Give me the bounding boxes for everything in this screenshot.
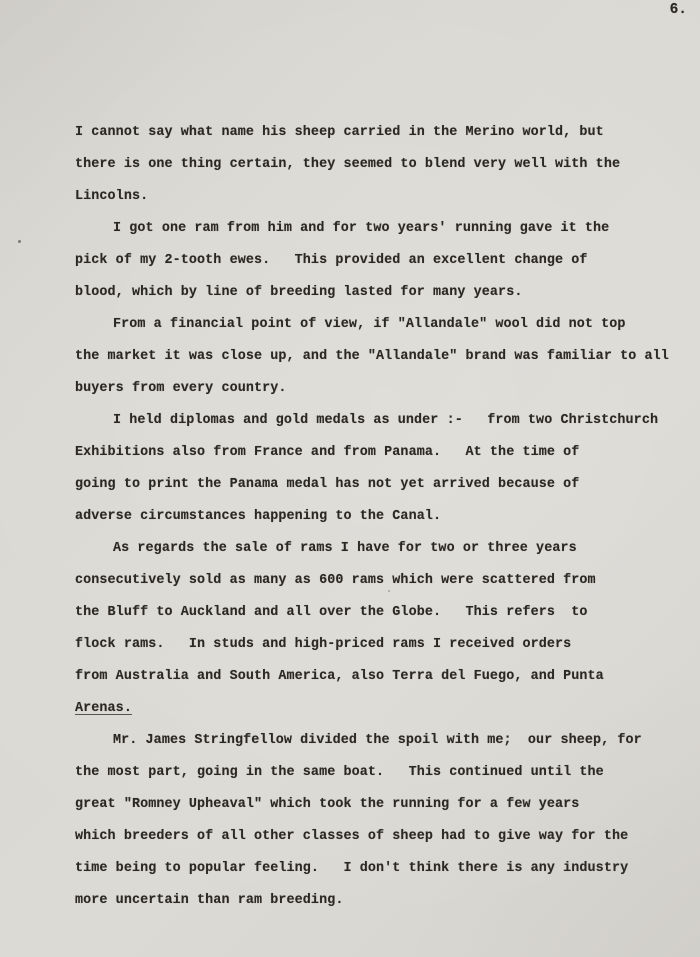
- text-line: I got one ram from him and for two years…: [75, 213, 680, 245]
- text-line: the Bluff to Auckland and all over the G…: [75, 597, 680, 629]
- text-line: flock rams. In studs and high-priced ram…: [75, 629, 680, 661]
- text-line: adverse circumstances happening to the C…: [75, 501, 680, 533]
- text-line: I cannot say what name his sheep carried…: [75, 117, 680, 149]
- text-line: the most part, going in the same boat. T…: [75, 757, 680, 789]
- text-line: which breeders of all other classes of s…: [75, 821, 680, 853]
- paper-speck: [388, 590, 390, 592]
- text-line: blood, which by line of breeding lasted …: [75, 277, 680, 309]
- typewritten-page: 6. I cannot say what name his sheep carr…: [0, 0, 700, 957]
- page-number: 6.: [670, 2, 687, 18]
- text-line: from Australia and South America, also T…: [75, 661, 680, 693]
- text-line: From a financial point of view, if "Alla…: [75, 309, 680, 341]
- text-line: the market it was close up, and the "All…: [75, 341, 680, 373]
- text-line: buyers from every country.: [75, 373, 680, 405]
- text-line: great "Romney Upheaval" which took the r…: [75, 789, 680, 821]
- text-line: I held diplomas and gold medals as under…: [75, 405, 680, 437]
- text-line: going to print the Panama medal has not …: [75, 469, 680, 501]
- text-line: Lincolns.: [75, 181, 680, 213]
- text-block: I cannot say what name his sheep carried…: [75, 117, 680, 917]
- text-line: pick of my 2-tooth ewes. This provided a…: [75, 245, 680, 277]
- text-line: time being to popular feeling. I don't t…: [75, 853, 680, 885]
- text-line: there is one thing certain, they seemed …: [75, 149, 680, 181]
- text-line: Exhibitions also from France and from Pa…: [75, 437, 680, 469]
- text-line: Arenas.: [75, 693, 680, 725]
- text-line: As regards the sale of rams I have for t…: [75, 533, 680, 565]
- text-line: more uncertain than ram breeding.: [75, 885, 680, 917]
- text-line: consecutively sold as many as 600 rams w…: [75, 565, 680, 597]
- paper-speck: [18, 240, 21, 243]
- text-line: Mr. James Stringfellow divided the spoil…: [75, 725, 680, 757]
